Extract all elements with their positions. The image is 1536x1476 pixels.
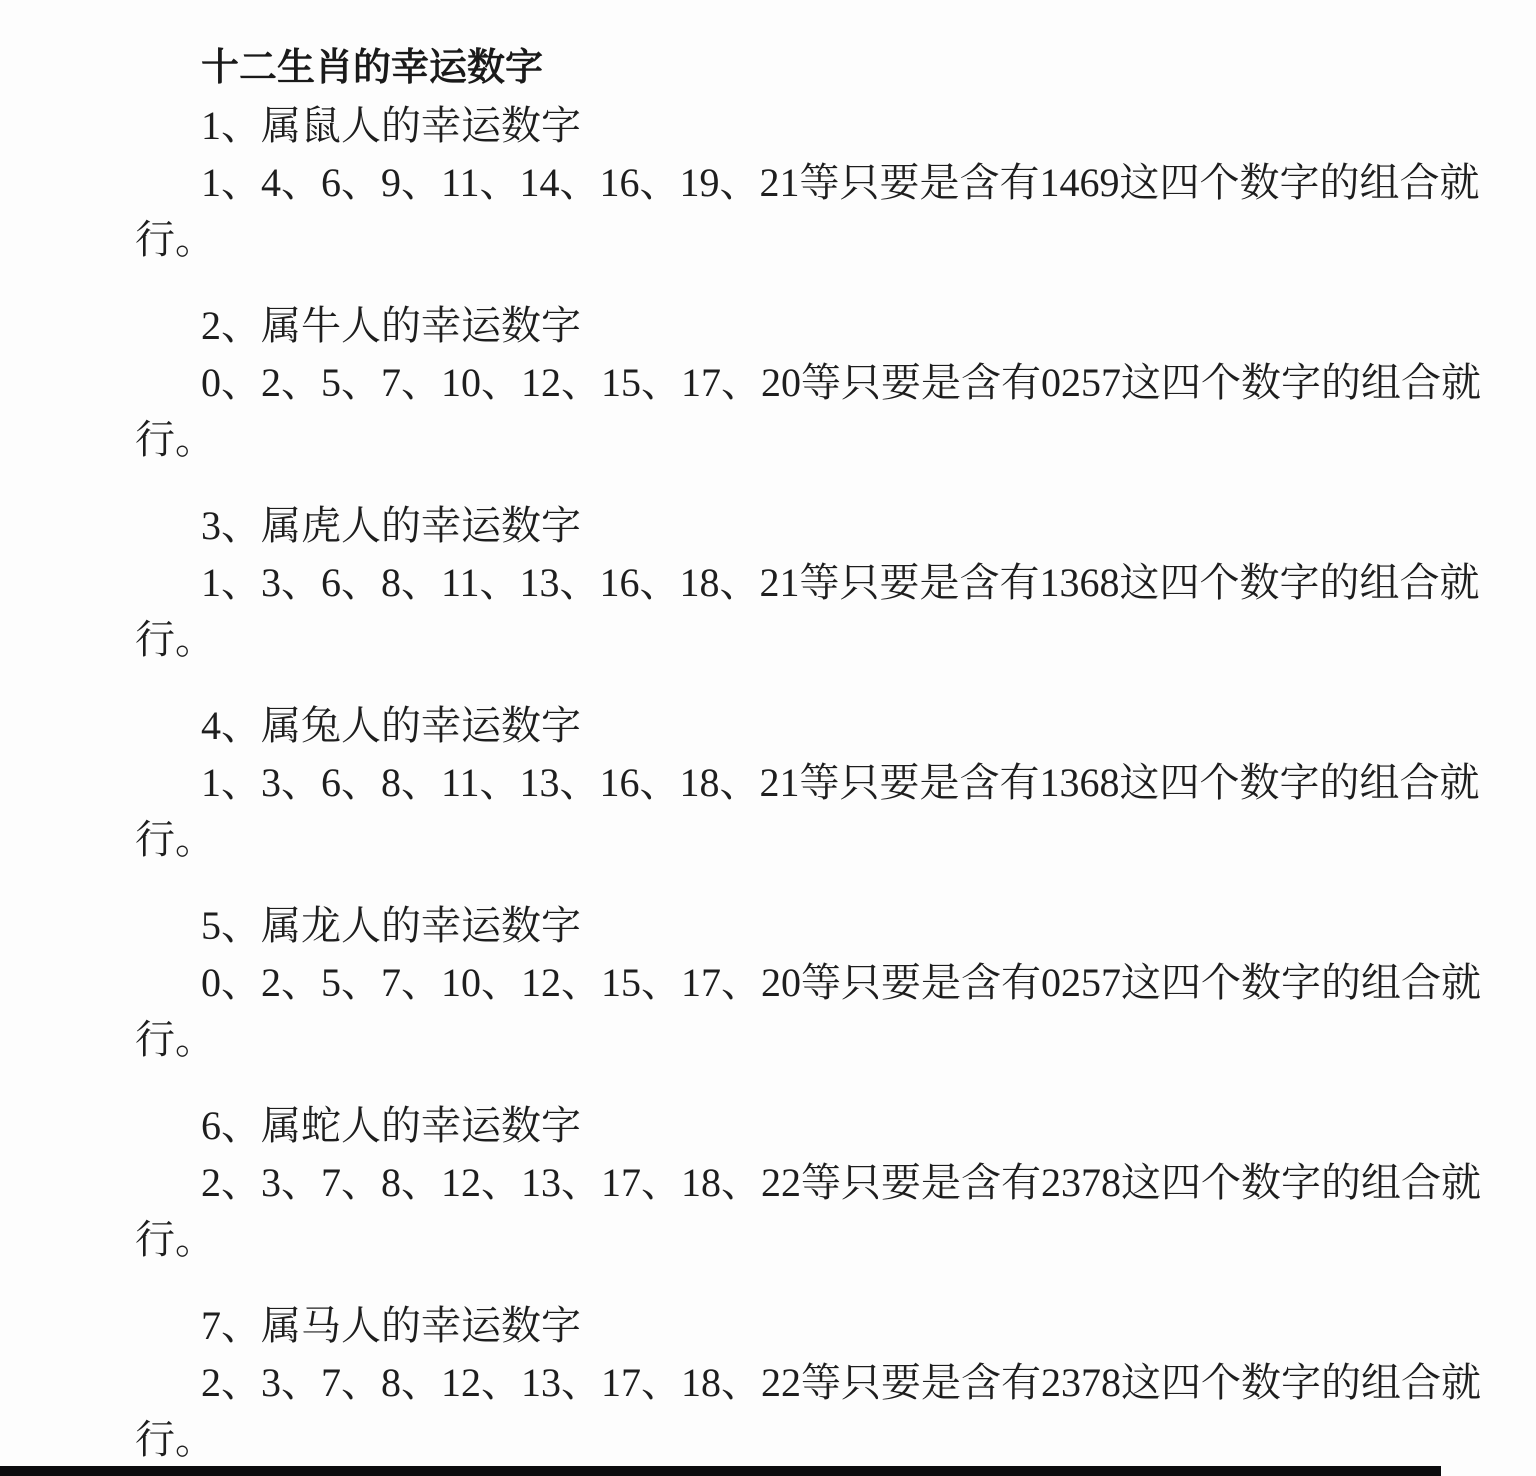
section-body-line2: 行。 [135,211,1397,268]
bottom-border-bar [0,1466,1441,1476]
document-body: 十二生肖的幸运数字 1、属鼠人的幸运数字 1、4、6、9、11、14、16、19… [135,0,1397,1468]
section-body-line1: 2、3、7、8、12、13、17、18、22等只要是含有2378这四个数字的组合… [135,1354,1397,1411]
zodiac-section-snake: 6、属蛇人的幸运数字 2、3、7、8、12、13、17、18、22等只要是含有2… [135,1097,1397,1268]
section-body-line2: 行。 [135,1011,1397,1068]
zodiac-section-horse: 7、属马人的幸运数字 2、3、7、8、12、13、17、18、22等只要是含有2… [135,1297,1397,1468]
section-body-line1: 1、3、6、8、11、13、16、18、21等只要是含有1368这四个数字的组合… [135,754,1397,811]
section-heading: 3、属虎人的幸运数字 [135,497,1397,554]
section-body-line2: 行。 [135,611,1397,668]
section-heading: 2、属牛人的幸运数字 [135,297,1397,354]
section-heading: 1、属鼠人的幸运数字 [135,97,1397,154]
section-body-line2: 行。 [135,1211,1397,1268]
section-body-line1: 0、2、5、7、10、12、15、17、20等只要是含有0257这四个数字的组合… [135,354,1397,411]
section-body-line1: 0、2、5、7、10、12、15、17、20等只要是含有0257这四个数字的组合… [135,954,1397,1011]
section-heading: 6、属蛇人的幸运数字 [135,1097,1397,1154]
zodiac-section-dragon: 5、属龙人的幸运数字 0、2、5、7、10、12、15、17、20等只要是含有0… [135,897,1397,1068]
section-body-line2: 行。 [135,811,1397,868]
zodiac-section-ox: 2、属牛人的幸运数字 0、2、5、7、10、12、15、17、20等只要是含有0… [135,297,1397,468]
section-body-line2: 行。 [135,411,1397,468]
page-title: 十二生肖的幸运数字 [135,40,1397,97]
section-body-line2: 行。 [135,1411,1397,1468]
zodiac-section-rabbit: 4、属兔人的幸运数字 1、3、6、8、11、13、16、18、21等只要是含有1… [135,697,1397,868]
section-body-line1: 1、4、6、9、11、14、16、19、21等只要是含有1469这四个数字的组合… [135,154,1397,211]
section-body-line1: 2、3、7、8、12、13、17、18、22等只要是含有2378这四个数字的组合… [135,1154,1397,1211]
section-heading: 7、属马人的幸运数字 [135,1297,1397,1354]
zodiac-section-tiger: 3、属虎人的幸运数字 1、3、6、8、11、13、16、18、21等只要是含有1… [135,497,1397,668]
section-heading: 4、属兔人的幸运数字 [135,697,1397,754]
section-body-line1: 1、3、6、8、11、13、16、18、21等只要是含有1368这四个数字的组合… [135,554,1397,611]
zodiac-section-rat: 1、属鼠人的幸运数字 1、4、6、9、11、14、16、19、21等只要是含有1… [135,97,1397,268]
section-heading: 5、属龙人的幸运数字 [135,897,1397,954]
